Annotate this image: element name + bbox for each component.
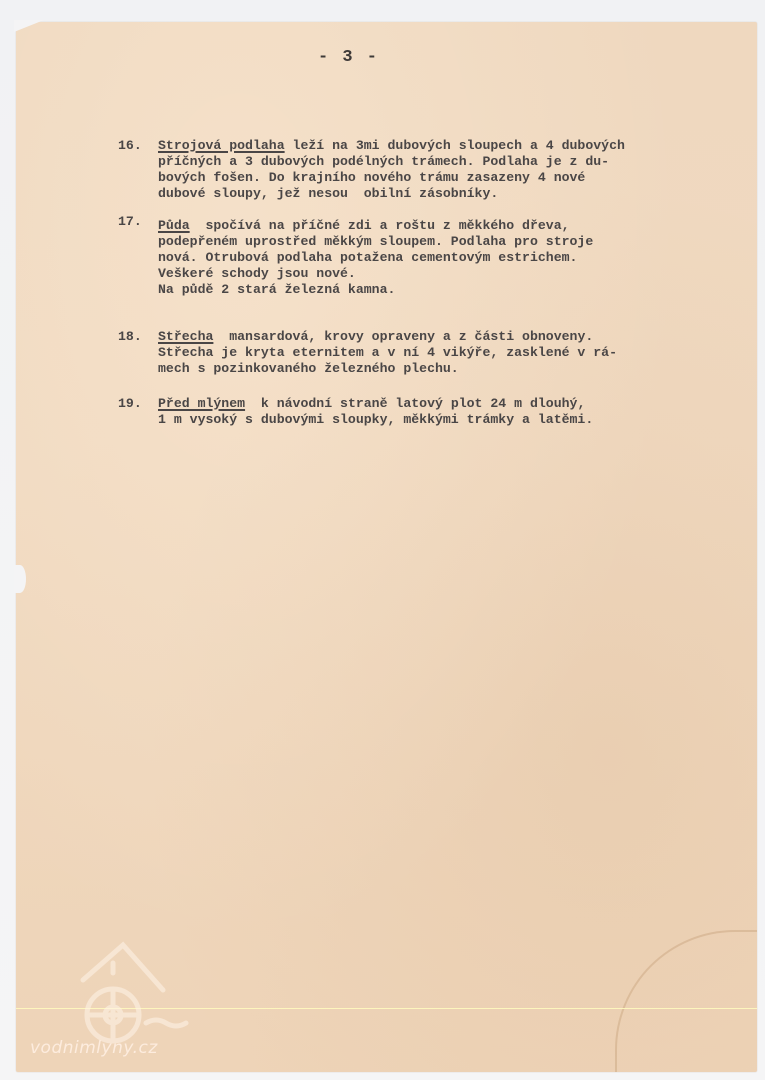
list-item: 17. Půda spočívá na příčné zdi a roštu z… <box>118 218 134 266</box>
item-line: podepřeném uprostřed měkkým sloupem. Pod… <box>158 234 593 249</box>
item-number: 17. <box>118 214 142 230</box>
item-line: mansardová, krovy opraveny a z části obn… <box>213 329 593 344</box>
item-text: Před mlýnem k návodní straně latový plot… <box>158 396 593 428</box>
page-number: - 3 - <box>318 48 379 67</box>
item-line: Na půdě 2 stará železná kamna. <box>158 282 395 297</box>
item-text: Půda spočívá na příčné zdi a roštu z měk… <box>158 218 593 298</box>
item-line: Střecha je kryta eternitem a v ní 4 viký… <box>158 345 617 360</box>
item-number: 19. <box>118 396 142 412</box>
item-line: 1 m vysoký s dubovými sloupky, měkkými t… <box>158 412 593 427</box>
list-item: 18. Střecha mansardová, krovy opraveny a… <box>118 329 134 377</box>
list-item: 16. Strojová podlaha leží na 3mi dubovýc… <box>118 138 134 186</box>
item-line: bových fošen. Do krajního nového trámu z… <box>158 170 585 185</box>
item-line: k návodní straně latový plot 24 m dlouhý… <box>245 396 585 411</box>
item-line: dubové sloupy, jež nesou obilní zásobník… <box>158 186 498 201</box>
item-line: leží na 3mi dubových sloupech a 4 dubový… <box>285 138 625 153</box>
item-number: 18. <box>118 329 142 345</box>
item-line: mech s pozinkovaného železného plechu. <box>158 361 459 376</box>
item-heading: Střecha <box>158 329 213 344</box>
item-line: nová. Otrubová podlaha potažena cementov… <box>158 250 577 265</box>
item-line: Veškeré schody jsou nové. <box>158 266 356 281</box>
torn-edge <box>14 565 26 593</box>
item-heading: Půda <box>158 218 190 233</box>
item-line: spočívá na příčné zdi a roštu z měkkého … <box>190 218 570 233</box>
item-heading: Před mlýnem <box>158 396 245 411</box>
item-line: příčných a 3 dubových podélných trámech.… <box>158 154 609 169</box>
watermark-text: vodnimlyny.cz <box>30 1038 158 1058</box>
item-number: 16. <box>118 138 142 154</box>
item-text: Střecha mansardová, krovy opraveny a z č… <box>158 329 617 377</box>
item-heading: Strojová podlaha <box>158 138 285 153</box>
list-item: 19. Před mlýnem k návodní straně latový … <box>118 396 134 444</box>
item-text: Strojová podlaha leží na 3mi dubových sl… <box>158 138 625 202</box>
